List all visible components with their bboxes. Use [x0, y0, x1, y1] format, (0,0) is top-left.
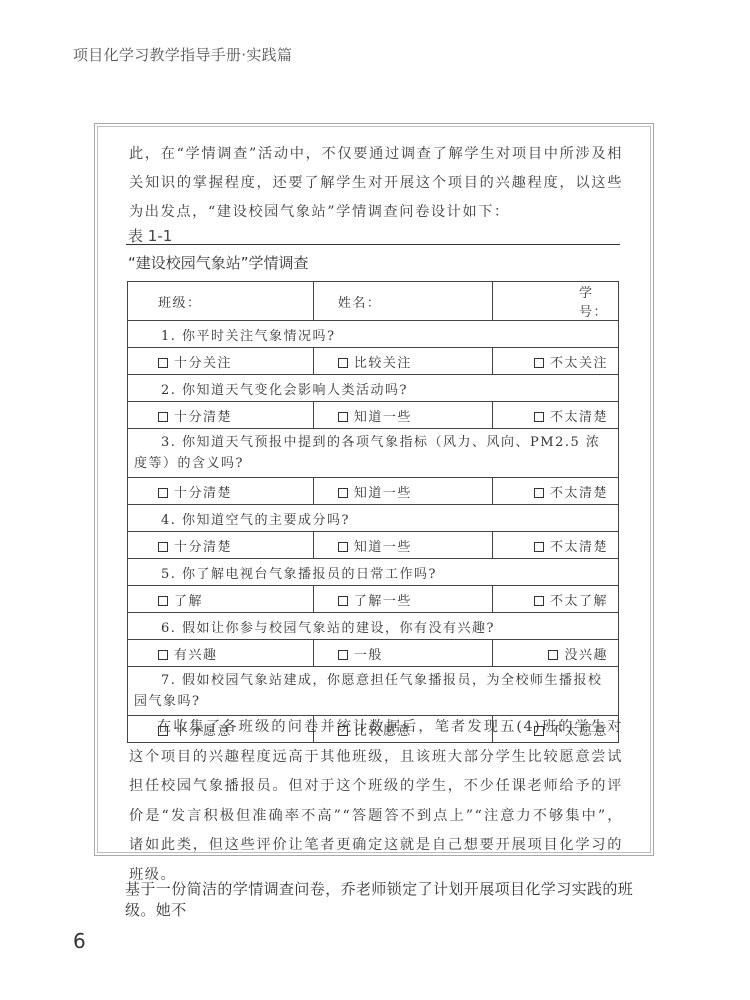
option[interactable]: 不太关注 — [493, 348, 619, 375]
checkbox-icon[interactable] — [338, 542, 348, 552]
option-label: 不太关注 — [550, 356, 608, 371]
question-5: 5. 你了解电视台气象播报员的日常工作吗? — [128, 559, 619, 586]
checkbox-icon[interactable] — [534, 358, 544, 368]
option[interactable]: 知道一些 — [313, 532, 492, 559]
student-id-field: 学号： — [493, 282, 619, 321]
option[interactable]: 知道一些 — [313, 478, 492, 505]
checkbox-icon[interactable] — [338, 358, 348, 368]
question-4: 4. 你知道空气的主要成分吗? — [128, 505, 619, 532]
option[interactable]: 一般 — [313, 640, 492, 667]
option-label: 一般 — [354, 648, 383, 663]
intro-paragraph: 此，在“学情调查”活动中，不仅要通过调查了解学生对项目中所涉及相关知识的掌握程度… — [129, 140, 623, 227]
table-rule — [126, 244, 620, 245]
option-label: 不太清楚 — [550, 540, 608, 555]
question-row: 3. 你知道天气预报中提到的各项气象指标（风力、风向、PM2.5 浓度等）的含义… — [128, 429, 619, 478]
option[interactable]: 不太清楚 — [493, 402, 619, 429]
option-label: 十分清楚 — [174, 410, 232, 425]
checkbox-icon[interactable] — [338, 596, 348, 606]
checkbox-icon[interactable] — [534, 412, 544, 422]
table-header-row: 班级： 姓名： 学号： — [128, 282, 619, 321]
option-label: 有兴趣 — [174, 648, 218, 663]
question-row: 5. 你了解电视台气象播报员的日常工作吗? — [128, 559, 619, 586]
checkbox-icon[interactable] — [534, 596, 544, 606]
page-number: 6 — [73, 929, 86, 953]
question-row: 2. 你知道天气变化会影响人类活动吗? — [128, 375, 619, 402]
options-row: 十分清楚 知道一些 不太清楚 — [128, 402, 619, 429]
option-label: 知道一些 — [354, 410, 412, 425]
body-paragraph: 基于一份简洁的学情调查问卷，乔老师锁定了计划开展项目化学习实践的班级。她不 — [125, 878, 645, 920]
option[interactable]: 了解 — [128, 586, 314, 613]
option[interactable]: 不太了解 — [493, 586, 619, 613]
option-label: 知道一些 — [354, 540, 412, 555]
option[interactable]: 十分清楚 — [128, 402, 314, 429]
option[interactable]: 了解一些 — [313, 586, 492, 613]
table-label: 表 1-1 — [128, 225, 172, 246]
option[interactable]: 有兴趣 — [128, 640, 314, 667]
option-label: 不太清楚 — [550, 486, 608, 501]
question-row: 1. 你平时关注气象情况吗? — [128, 321, 619, 348]
question-row: 4. 你知道空气的主要成分吗? — [128, 505, 619, 532]
options-row: 十分关注 比较关注 不太关注 — [128, 348, 619, 375]
option-label: 不太清楚 — [550, 410, 608, 425]
option-label: 十分关注 — [174, 356, 232, 371]
checkbox-icon[interactable] — [158, 412, 168, 422]
running-header: 项目化学习教学指导手册·实践篇 — [73, 44, 292, 65]
option-label: 十分清楚 — [174, 540, 232, 555]
name-field: 姓名： — [313, 282, 492, 321]
question-2: 2. 你知道天气变化会影响人类活动吗? — [128, 375, 619, 402]
checkbox-icon[interactable] — [338, 650, 348, 660]
survey-table: 班级： 姓名： 学号： 1. 你平时关注气象情况吗? 十分关注 比较关注 不太关… — [127, 281, 619, 743]
checkbox-icon[interactable] — [158, 488, 168, 498]
checkbox-icon[interactable] — [158, 596, 168, 606]
option[interactable]: 比较关注 — [313, 348, 492, 375]
option[interactable]: 不太清楚 — [493, 478, 619, 505]
question-7: 7. 假如校园气象站建成，你愿意担任气象播报员，为全校师生播报校园气象吗? — [128, 667, 619, 716]
intro-text: 此，在“学情调查”活动中，不仅要通过调查了解学生对项目中所涉及相关知识的掌握程度… — [129, 140, 623, 227]
question-3: 3. 你知道天气预报中提到的各项气象指标（风力、风向、PM2.5 浓度等）的含义… — [128, 429, 619, 478]
checkbox-icon[interactable] — [158, 650, 168, 660]
closing-text: 在收集了各班级的问卷并统计数据后，笔者发现五(4)班的学生对这个项目的兴趣程度远… — [129, 713, 623, 890]
checkbox-icon[interactable] — [158, 358, 168, 368]
option-label: 没兴趣 — [564, 648, 608, 663]
checkbox-icon[interactable] — [158, 542, 168, 552]
option-label: 比较关注 — [354, 356, 412, 371]
option[interactable]: 不太清楚 — [493, 532, 619, 559]
options-row: 了解 了解一些 不太了解 — [128, 586, 619, 613]
checkbox-icon[interactable] — [548, 650, 558, 660]
options-row: 十分清楚 知道一些 不太清楚 — [128, 532, 619, 559]
option[interactable]: 没兴趣 — [493, 640, 619, 667]
class-field: 班级： — [128, 282, 314, 321]
option[interactable]: 十分关注 — [128, 348, 314, 375]
option-label: 知道一些 — [354, 486, 412, 501]
option-label: 十分清楚 — [174, 486, 232, 501]
checkbox-icon[interactable] — [338, 488, 348, 498]
option[interactable]: 十分清楚 — [128, 478, 314, 505]
option-label: 不太了解 — [550, 594, 608, 609]
options-row: 有兴趣 一般 没兴趣 — [128, 640, 619, 667]
checkbox-icon[interactable] — [534, 542, 544, 552]
question-row: 7. 假如校园气象站建成，你愿意担任气象播报员，为全校师生播报校园气象吗? — [128, 667, 619, 716]
question-1: 1. 你平时关注气象情况吗? — [128, 321, 619, 348]
table-title: “建设校园气象站”学情调查 — [128, 252, 309, 273]
options-row: 十分清楚 知道一些 不太清楚 — [128, 478, 619, 505]
option[interactable]: 知道一些 — [313, 402, 492, 429]
option[interactable]: 十分清楚 — [128, 532, 314, 559]
checkbox-icon[interactable] — [534, 488, 544, 498]
option-label: 了解 — [174, 594, 203, 609]
option-label: 了解一些 — [354, 594, 412, 609]
checkbox-icon[interactable] — [338, 412, 348, 422]
question-row: 6. 假如让你参与校园气象站的建设，你有没有兴趣? — [128, 613, 619, 640]
closing-paragraph: 在收集了各班级的问卷并统计数据后，笔者发现五(4)班的学生对这个项目的兴趣程度远… — [129, 713, 623, 890]
question-6: 6. 假如让你参与校园气象站的建设，你有没有兴趣? — [128, 613, 619, 640]
